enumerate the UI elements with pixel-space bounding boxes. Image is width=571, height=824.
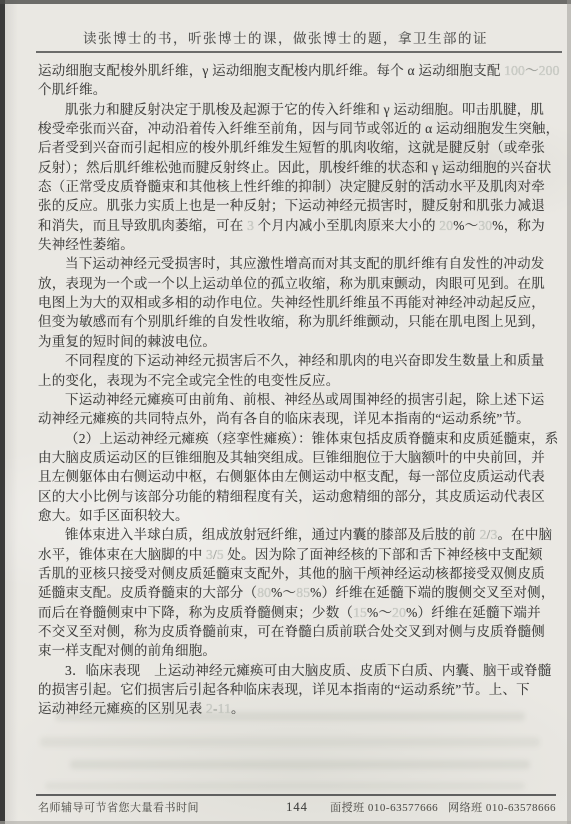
text-line: 但变为敏感而有个别肌纤维的自发性收缩，称为肌纤维颤动，只能在肌电图上见到， bbox=[38, 312, 560, 331]
text-line: 当下运动神经元受损害时，其应激性增高而对其支配的肌纤维有自发性的冲动发 bbox=[38, 254, 560, 273]
header-rule bbox=[36, 51, 562, 53]
text-line: 而后在脊髓侧束中下降，称为皮质脊髓侧束；少数（15%～20%）纤维在延髓下端并 bbox=[38, 603, 560, 622]
text-line: 为重复的短时间的棘波电位。 bbox=[38, 332, 560, 351]
text-line: 不交叉至对侧，称为皮质脊髓前束，可在脊髓白质前联合处交叉到对侧与皮质脊髓侧 bbox=[38, 622, 560, 641]
text-line: 梭受牵张而兴奋，冲动沿着传入纤维至前角，因与同节或邻近的 α 运动细胞发生突触， bbox=[38, 119, 560, 138]
text-line: 后者受到兴奋而引起相应的梭外肌纤维发生短暂的肌肉收缩，这就是腱反射（或牵张 bbox=[38, 138, 560, 157]
text-line: 运动细胞支配梭外肌纤维，γ 运动细胞支配梭内肌纤维。每个 α 运动细胞支配 10… bbox=[38, 61, 560, 80]
text-line: 由大脑皮质运动区的巨锥细胞及其轴突组成。巨锥细胞位于大脑额叶的中央前回，并 bbox=[38, 448, 560, 467]
text-line: 延髓束支配。皮质脊髓束的大部分（80%～85%）纤维在延髓下端的腹侧交叉至对侧， bbox=[38, 583, 560, 602]
scan-edge-top bbox=[0, 0, 571, 4]
text-line: 和消失，而且导致肌肉萎缩，可在 3 个月内减小至肌肉原来大小的 20%～30%，… bbox=[38, 216, 560, 235]
text-line: 锥体束进入半球白质，组成放射冠纤维，通过内囊的膝部及后肢的前 2/3。在中脑 bbox=[38, 525, 560, 544]
text-line: 态（正常受皮质脊髓束和其他核上性纤维的抑制）决定腱反射的活动水平及肌肉对牵 bbox=[38, 177, 560, 196]
scan-edge-right bbox=[567, 0, 571, 824]
text-line: 区的大小比例与该部分功能的精细程度有关，运动愈精细的部分，其皮质运动代表区 bbox=[38, 487, 560, 506]
text-line: 且左侧躯体由右侧运动中枢，右侧躯体由左侧运动中枢支配，每一部位皮质运动代表 bbox=[38, 467, 560, 486]
text-line: 电图上为大的双相或多相的动作电位。失神经性肌纤维虽不再能对神经冲动起反应， bbox=[38, 293, 560, 312]
text-line: 失神经性萎缩。 bbox=[38, 235, 560, 254]
text-line: 个肌纤维。 bbox=[38, 80, 560, 99]
text-line: 束一样支配对侧的前角细胞。 bbox=[38, 641, 560, 660]
header-slogan: 读张博士的书，听张博士的课，做张博士的题，拿卫生部的证 bbox=[0, 27, 571, 47]
bleed-through-smudge bbox=[55, 712, 525, 721]
footer-contact-onsite: 面授班 010-63577666 bbox=[330, 802, 438, 814]
bleed-through-smudge bbox=[70, 760, 530, 769]
text-line: 张的反应。肌张力实质上也是一种反射；下运动神经元损害时，腱反射和肌张力减退 bbox=[38, 196, 560, 215]
scanned-page: 读张博士的书，听张博士的课，做张博士的题，拿卫生部的证 运动细胞支配梭外肌纤维，… bbox=[0, 0, 571, 824]
text-line: 肌张力和腱反射决定于肌梭及起源于它的传入纤维和 γ 运动细胞。叩击肌腱，肌 bbox=[38, 100, 560, 119]
text-line: 的损害引起。它们损害后引起各种临床表现，详见本指南的“运动系统”节。上、下 bbox=[38, 680, 560, 699]
bleed-through-smudge bbox=[40, 737, 540, 747]
text-line: 上的变化，表现为不完全或完全性的电变性反应。 bbox=[38, 371, 560, 390]
text-line: 水平，锥体束在大脑脚的中 3/5 处。因为除了面神经核的下部和舌下神经核中支配颏 bbox=[38, 545, 560, 564]
bleed-through-smudge bbox=[45, 782, 525, 790]
text-line: （2）上运动神经元瘫痪（痉挛性瘫痪）：锥体束包括皮质脊髓束和皮质延髓束，系 bbox=[38, 429, 560, 448]
text-line: 动神经元瘫痪的共同特点外，尚有各自的临床表现，详见本指南的“运动系统”节。 bbox=[38, 409, 560, 428]
footer-rule bbox=[36, 794, 556, 796]
page-number: 144 bbox=[286, 800, 308, 815]
page-footer: 名师辅导可节省您大量看书时间 144 面授班 010-63577666网络班 0… bbox=[38, 799, 556, 815]
scan-edge-left bbox=[0, 0, 5, 824]
text-line: 放，表现为一个或一个以上运动单位的孤立收缩，称为肌束颤动，肉眼可见到。在肌 bbox=[38, 274, 560, 293]
footer-contacts: 面授班 010-63577666网络班 010-63578666 bbox=[308, 799, 556, 815]
text-line: 舌肌的亚核只接受对侧皮质延髓束支配外，其他的脑干颅神经运动核都接受双侧皮质 bbox=[38, 564, 560, 583]
footer-contact-online: 网络班 010-63578666 bbox=[448, 802, 556, 814]
text-line: 愈大。如手区面积较大。 bbox=[38, 506, 560, 525]
text-line: 反射）；然后肌纤维松弛而腱反射终止。因此，肌梭纤维的状态和 γ 运动细胞的兴奋状 bbox=[38, 158, 560, 177]
text-line: 下运动神经元瘫痪可由前角、前根、神经丛或周围神经的损害引起，除上述下运 bbox=[38, 390, 560, 409]
footer-note: 名师辅导可节省您大量看书时间 bbox=[38, 799, 286, 815]
text-line: 3．临床表现 上运动神经元瘫痪可由大脑皮质、皮质下白质、内囊、脑干或脊髓 bbox=[38, 661, 560, 680]
body-text: 运动细胞支配梭外肌纤维，γ 运动细胞支配梭内肌纤维。每个 α 运动细胞支配 10… bbox=[38, 61, 560, 719]
text-line: 不同程度的下运动神经元损害后不久，神经和肌肉的电兴奋即发生数量上和质量 bbox=[38, 351, 560, 370]
